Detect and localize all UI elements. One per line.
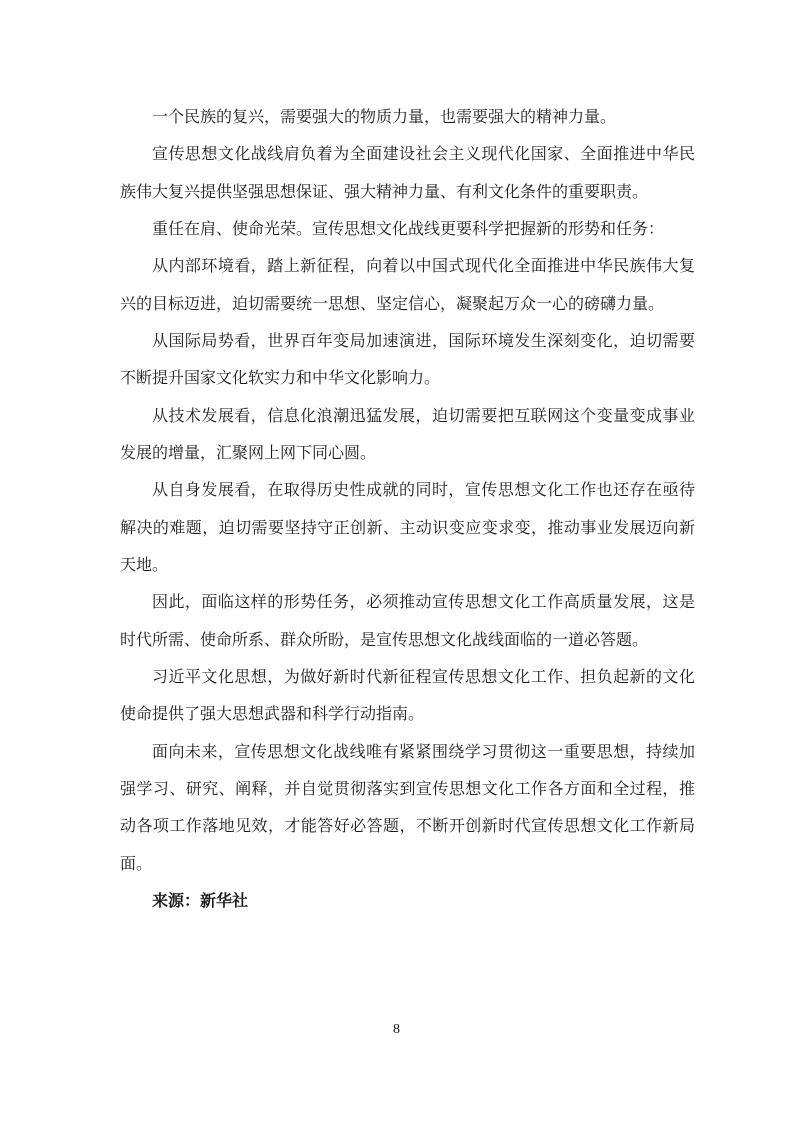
paragraph: 从国际局势看，世界百年变局加速演进，国际环境发生深刻变化，迫切需要不断提升国家文… — [120, 323, 695, 398]
paragraph: 从内部环境看，踏上新征程，向着以中国式现代化全面推进中华民族伟大复兴的目标迈进，… — [120, 248, 695, 323]
paragraph: 一个民族的复兴，需要强大的物质力量，也需要强大的精神力量。 — [120, 99, 695, 136]
source-attribution: 来源：新华社 — [120, 883, 695, 920]
paragraph: 面向未来，宣传思想文化战线唯有紧紧围绕学习贯彻这一重要思想，持续加强学习、研究、… — [120, 734, 695, 883]
paragraph: 因此，面临这样的形势任务，必须推动宣传思想文化工作高质量发展，这是时代所需、使命… — [120, 584, 695, 659]
paragraph: 习近平文化思想，为做好新时代新征程宣传思想文化工作、担负起新的文化使命提供了强大… — [120, 659, 695, 734]
paragraph: 重任在肩、使命光荣。宣传思想文化战线更要科学把握新的形势和任务： — [120, 211, 695, 248]
body-text: 一个民族的复兴，需要强大的物质力量，也需要强大的精神力量。 宣传思想文化战线肩负… — [120, 99, 695, 920]
paragraph: 从技术发展看，信息化浪潮迅猛发展，迫切需要把互联网这个变量变成事业发展的增量，汇… — [120, 398, 695, 473]
paragraph: 宣传思想文化战线肩负着为全面建设社会主义现代化国家、全面推进中华民族伟大复兴提供… — [120, 136, 695, 211]
document-page: 一个民族的复兴，需要强大的物质力量，也需要强大的精神力量。 宣传思想文化战线肩负… — [0, 0, 793, 1122]
page-number: 8 — [0, 1022, 793, 1038]
paragraph: 从自身发展看，在取得历史性成就的同时，宣传思想文化工作也还存在亟待解决的难题，迫… — [120, 472, 695, 584]
